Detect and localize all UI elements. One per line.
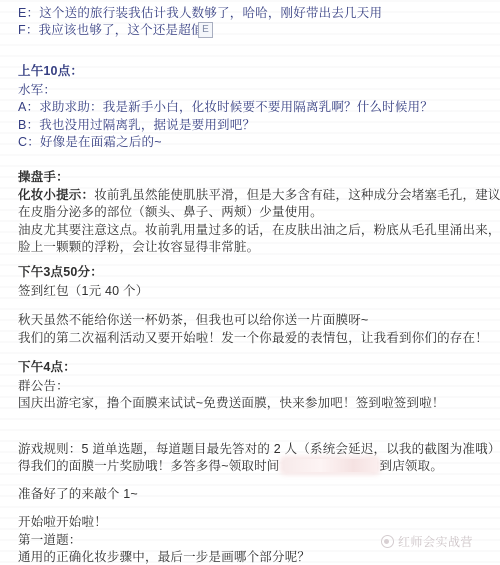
chat-line-f: F：我应该也够了，这个还是超值。 xyxy=(18,23,216,38)
watermark-logo-icon xyxy=(381,535,394,548)
morning-session-header: 上午10点： xyxy=(18,64,83,79)
red-packet-line: 签到红包（1元 40 个） xyxy=(18,284,148,299)
makeup-tip-line2: 在皮脂分泌多的部位（额头、鼻子、两颊）少量使用。 xyxy=(18,205,323,220)
redacted-pickup-time xyxy=(283,459,377,472)
morning-speaker-label: 水军： xyxy=(18,83,56,98)
game-rules-line2-before: 得我们的面膜一片奖励哦！多答多得~领取时间 xyxy=(18,459,280,473)
chat-line-b: B：我也没用过隔离乳，据说是要用到吧？ xyxy=(18,118,255,133)
makeup-tip-line1: 化妆小提示：妆前乳虽然能使肌肤平滑，但是大多含有硅，这种成分会堵塞毛孔，建议 xyxy=(18,188,500,203)
makeup-tip-label: 化妆小提示： xyxy=(18,188,94,202)
ready-knock-line: 准备好了的来敲个 1~ xyxy=(18,487,138,502)
afternoon-350-header: 下午3点50分： xyxy=(18,265,103,280)
chat-line-a: A：求助求助：我是新手小白，化妆时候要不要用隔离乳啊？什么时候用？ xyxy=(18,100,433,115)
question-one-label: 第一道题： xyxy=(18,533,82,548)
group-announcement-text: 国庆出游宅家，撸个面膜来试试~免费送面膜，快来参加吧！签到啦签到啦！ xyxy=(18,396,445,411)
operator-header: 操盘手： xyxy=(18,170,69,185)
game-rules-line1: 游戏规则：5 道单选题，每道题目最先答对的 2 人（系统会延迟，以我的截图为准哦… xyxy=(18,442,500,457)
game-rules-line2-after: 到店领取。 xyxy=(380,459,444,473)
chat-line-e: E：这个送的旅行装我估计我人数够了，哈哈，刚好带出去几天用 xyxy=(18,6,382,21)
chat-line-c: C：好像是在面霜之后的~ xyxy=(18,135,162,150)
milktea-mask-line: 秋天虽然不能给你送一杯奶茶，但我也可以给你送一片面膜呀~ xyxy=(18,313,368,328)
afternoon-4-header: 下午4点： xyxy=(18,360,76,375)
welfare-activity-line: 我们的第二次福利活动又要开始啦！发一个你最爱的表情包，让我看到你们的存在！ xyxy=(18,331,488,346)
makeup-tip-text1: 妆前乳虽然能使肌肤平滑，但是大多含有硅，这种成分会堵塞毛孔，建议 xyxy=(94,188,500,202)
game-rules-line2: 得我们的面膜一片奖励哦！多答多得~领取时间到店领取。 xyxy=(18,459,443,474)
makeup-tip-line4: 脸上一颗颗的浮粉，会让妆容显得非常脏。 xyxy=(18,240,259,255)
text-cursor-box-icon: E xyxy=(198,22,213,38)
watermark-text: 红师会实战营 xyxy=(398,533,473,550)
group-announcement-label: 群公告： xyxy=(18,379,69,394)
quiz-start-line: 开始啦开始啦！ xyxy=(18,515,107,530)
makeup-tip-line3: 油皮尤其要注意这点。妆前乳用量过多的话，在皮肤出油之后，粉底从毛孔里涌出来， xyxy=(18,223,500,238)
document-page: E：这个送的旅行装我估计我人数够了，哈哈，刚好带出去几天用 F：我应该也够了，这… xyxy=(0,0,500,565)
watermark: 红师会实战营 xyxy=(381,533,473,550)
question-one-text: 通用的正确化妆步骤中，最后一步是画哪个部分呢？ xyxy=(18,550,310,565)
